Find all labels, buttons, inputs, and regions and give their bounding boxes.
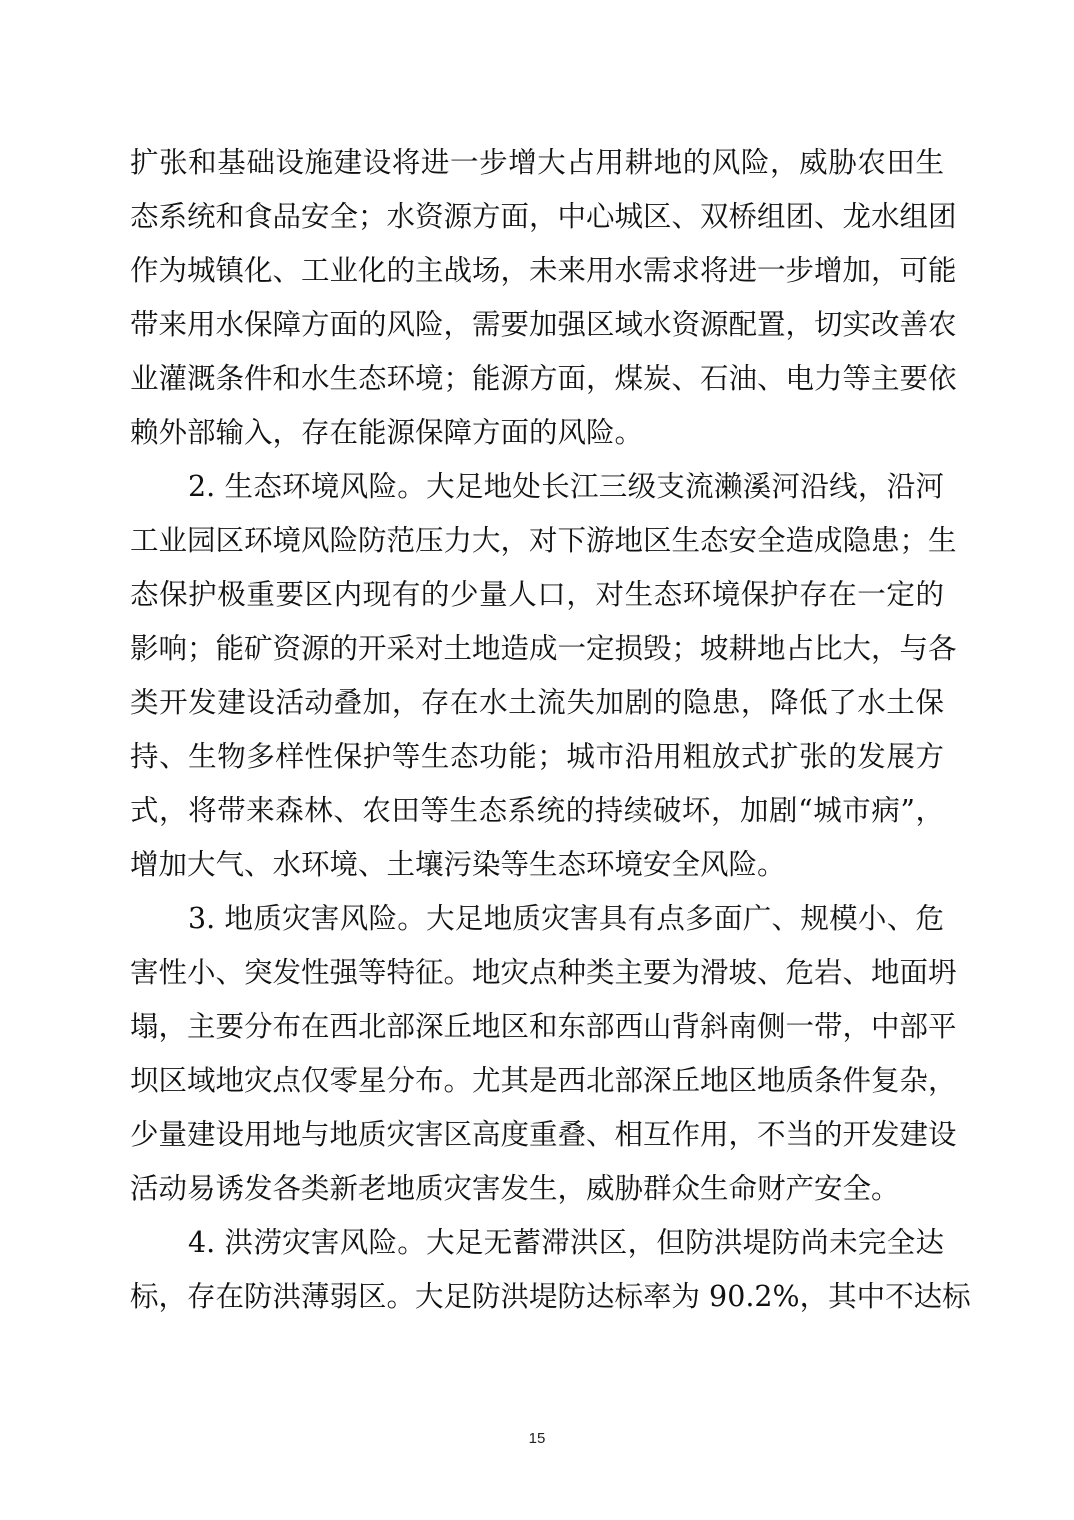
text-line: 态系统和食品安全；水资源方面，中心城区、双桥组团、龙水组团 xyxy=(130,190,944,244)
text-line: 3. 地质灾害风险。大足地质灾害具有点多面广、规模小、危 xyxy=(130,892,944,946)
text-line: 工业园区环境风险防范压力大，对下游地区生态安全造成隐患；生 xyxy=(130,514,944,568)
document-page: 扩张和基础设施建设将进一步增大占用耕地的风险，威胁农田生态系统和食品安全；水资源… xyxy=(0,0,1074,1520)
text-line: 业灌溉条件和水生态环境；能源方面，煤炭、石油、电力等主要依 xyxy=(130,352,944,406)
body-text: 扩张和基础设施建设将进一步增大占用耕地的风险，威胁农田生态系统和食品安全；水资源… xyxy=(130,136,944,1324)
text-line: 少量建设用地与地质灾害区高度重叠、相互作用，不当的开发建设 xyxy=(130,1108,944,1162)
text-line: 类开发建设活动叠加，存在水土流失加剧的隐患，降低了水土保 xyxy=(130,676,944,730)
text-line: 作为城镇化、工业化的主战场，未来用水需求将进一步增加，可能 xyxy=(130,244,944,298)
text-line: 持、生物多样性保护等生态功能；城市沿用粗放式扩张的发展方 xyxy=(130,730,944,784)
text-line: 式，将带来森林、农田等生态系统的持续破坏，加剧“城市病”， xyxy=(130,784,944,838)
text-line: 增加大气、水环境、土壤污染等生态环境安全风险。 xyxy=(130,838,944,892)
text-line: 4. 洪涝灾害风险。大足无蓄滞洪区，但防洪堤防尚未完全达 xyxy=(130,1216,944,1270)
text-line: 带来用水保障方面的风险，需要加强区域水资源配置，切实改善农 xyxy=(130,298,944,352)
text-line: 态保护极重要区内现有的少量人口，对生态环境保护存在一定的 xyxy=(130,568,944,622)
text-line: 赖外部输入，存在能源保障方面的风险。 xyxy=(130,406,944,460)
page-number: 15 xyxy=(0,1430,1074,1447)
text-line: 标，存在防洪薄弱区。大足防洪堤防达标率为 90.2%，其中不达标 xyxy=(130,1270,944,1324)
text-line: 影响；能矿资源的开采对土地造成一定损毁；坡耕地占比大，与各 xyxy=(130,622,944,676)
text-line: 活动易诱发各类新老地质灾害发生，威胁群众生命财产安全。 xyxy=(130,1162,944,1216)
text-line: 塌，主要分布在西北部深丘地区和东部西山背斜南侧一带，中部平 xyxy=(130,1000,944,1054)
text-line: 扩张和基础设施建设将进一步增大占用耕地的风险，威胁农田生 xyxy=(130,136,944,190)
text-line: 2. 生态环境风险。大足地处长江三级支流濑溪河沿线，沿河 xyxy=(130,460,944,514)
text-line: 害性小、突发性强等特征。地灾点种类主要为滑坡、危岩、地面坍 xyxy=(130,946,944,1000)
text-line: 坝区域地灾点仅零星分布。尤其是西北部深丘地区地质条件复杂， xyxy=(130,1054,944,1108)
